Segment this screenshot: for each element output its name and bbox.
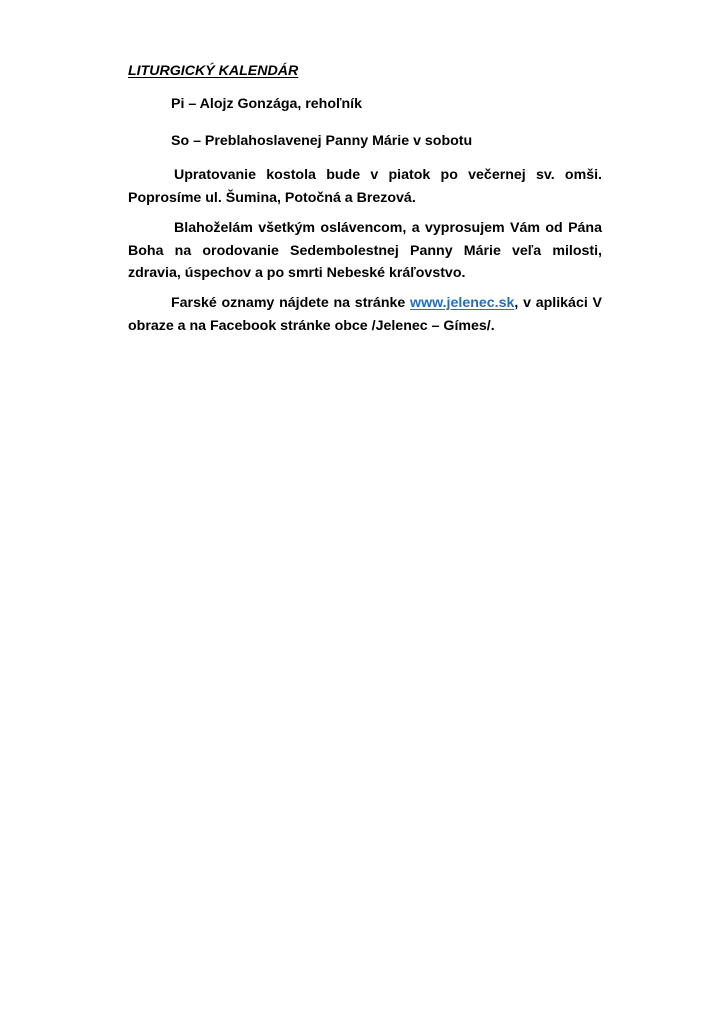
announcements-text-before-link: Farské oznamy nájdete na stránke <box>171 295 410 311</box>
website-link[interactable]: www.jelenec.sk <box>410 295 514 311</box>
calendar-entry-friday: Pi – Alojz Gonzága, rehoľník <box>171 96 362 112</box>
calendar-entry-saturday: So – Preblahoslavenej Panny Márie v sobo… <box>171 133 472 149</box>
paragraph-announcements: Farské oznamy nájdete na stránke www.jel… <box>128 292 602 337</box>
liturgical-calendar-heading: LITURGICKÝ KALENDÁR <box>128 63 298 79</box>
paragraph-church-cleaning: Upratovanie kostola bude v piatok po več… <box>128 164 602 209</box>
paragraph-birthday-wishes: Blahoželám všetkým oslávencom, a vyprosu… <box>128 217 602 285</box>
